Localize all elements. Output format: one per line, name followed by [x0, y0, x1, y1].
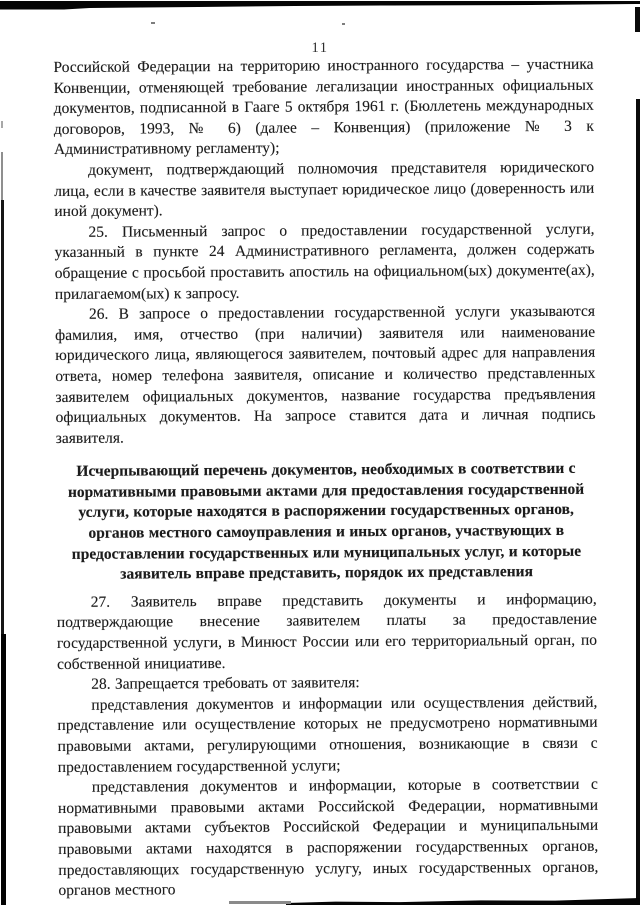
- scan-speck: [1, 121, 3, 128]
- section-heading-document-list: Исчерпывающий перечень документов, необх…: [62, 459, 591, 586]
- scan-artifact-bottom-edge-lead: [229, 901, 291, 904]
- scan-artifact-right-edge-upper: [635, 7, 640, 32]
- scan-speck: [151, 22, 155, 24]
- paragraph-item-25: 25. Письменный запрос о предоставлении г…: [54, 219, 594, 305]
- paragraph-item-28-sub-1: представления документов и информации ил…: [57, 693, 597, 779]
- paragraph-convention-continuation: Российской Федерации на территорию иност…: [53, 55, 594, 161]
- scan-artifact-right-edge: [636, 99, 640, 905]
- scan-artifact-left-edge-lower: [1, 634, 6, 905]
- scanned-document-page: 11 Российской Федерации на территорию ин…: [0, 0, 640, 905]
- paragraph-item-26: 26. В запросе о предоставлении государст…: [55, 302, 596, 449]
- paragraph-item-28-sub-2: представления документов и информации, к…: [58, 775, 599, 902]
- scan-speck: [247, 866, 249, 868]
- paragraph-item-27: 27. Заявитель вправе представить докумен…: [57, 590, 597, 676]
- paragraph-representative-document: документ, подтверждающий полномочия пред…: [54, 158, 594, 223]
- scan-artifact-top-edge: [0, 0, 640, 11]
- document-text-column: Российской Федерации на территорию иност…: [53, 55, 598, 902]
- scan-speck: [342, 23, 345, 25]
